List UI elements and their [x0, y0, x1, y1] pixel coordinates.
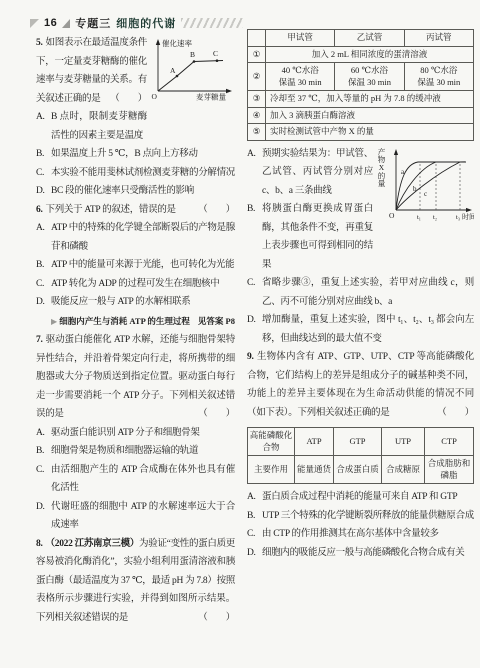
page-title: 细胞的代谢	[116, 15, 176, 31]
table-row: 高能磷酸化合物 ATP GTP UTP CTP	[248, 428, 474, 456]
role-ctp: 合成脂肪和磷脂	[425, 456, 474, 484]
q6-option-a: A.ATP 中的特殊的化学键全部断裂后的产物是腺苷和磷酸	[36, 219, 235, 256]
q7-number: 7.	[36, 335, 46, 345]
answer-reference-note: ▶ 细胞内产生与消耗 ATP 的生理过程见答案 P8	[36, 312, 235, 332]
step-4-text: 加入 3 滴胰蛋白酶溶液	[266, 107, 474, 124]
table-row: 甲试管 乙试管 丙试管	[248, 30, 474, 47]
table-row: ① 加入 2 mL 相同浓度的蛋清溶液	[248, 46, 474, 63]
step-5-no: ⑤	[248, 124, 266, 141]
q5-point-a-label: A	[170, 66, 176, 75]
step-4-no: ④	[248, 107, 266, 124]
q5-x-axis-label: 麦芽糖量	[196, 92, 226, 102]
step-2-no: ②	[248, 63, 266, 91]
q8-x-axis-label: 时间	[462, 212, 474, 221]
step-3-text: 冷却至 37 ℃，加入等量的 pH 为 7.8 的缓冲液	[266, 91, 474, 108]
q6-option-d: D.吸能反应一般与 ATP 的水解相联系	[36, 293, 235, 312]
q7-stem: 7.驱动蛋白能催化 ATP 水解，还能与细胞骨架特异性结合，并沿着骨架定向行走，…	[36, 331, 235, 424]
question-8: 8.（2022 江苏南京三模）为验证“变性的蛋白质更容易被消化酶消化”，实验小组…	[36, 535, 235, 628]
q5-option-b: B.如果温度上升 5 ℃，B 点向上方移动	[36, 145, 235, 164]
compound-header: 高能磷酸化合物	[248, 428, 295, 456]
compound-atp: ATP	[295, 428, 334, 456]
q8-number: 8.	[36, 539, 46, 549]
compound-utp: UTP	[382, 428, 425, 456]
q5-answer-brackets: （ ）	[110, 90, 147, 109]
step-2-jia: 40 ℃水浴保温 30 min	[266, 63, 335, 91]
q9-option-d: D.细胞内的吸能反应一般与高能磷酸化合物合成有关	[247, 544, 474, 563]
q8-y-axis-label: 产物X的量	[377, 148, 386, 204]
q7-option-c: C.由活细胞产生的 ATP 合成酶在体外也具有催化活性	[36, 461, 235, 498]
question-9: 9.生物体内含有 ATP、GTP、UTP、CTP 等高能磷酸化合物，它们结构上的…	[247, 348, 474, 562]
note-arrow-icon: ▶	[51, 317, 57, 326]
table-row: ④ 加入 3 滴胰蛋白酶溶液	[248, 107, 474, 124]
role-utp: 合成糖原	[382, 456, 425, 484]
q7-option-a: A.驱动蛋白能识别 ATP 分子和细胞骨架	[36, 424, 235, 443]
note-answer-ref: 见答案 P8	[198, 316, 235, 326]
table-row: ③ 冷却至 37 ℃，加入等量的 pH 为 7.8 的缓冲液	[248, 91, 474, 108]
step-2-yi: 60 ℃水浴保温 30 min	[335, 63, 404, 91]
q9-compound-table: 高能磷酸化合物 ATP GTP UTP CTP 主要作用 能量通货 合成蛋白质 …	[247, 427, 474, 484]
table-row: ⑤ 实时检测试管中产物 X 的量	[248, 124, 474, 141]
q7-option-b: B.细胞骨架是物质和细胞器运输的轨道	[36, 442, 235, 461]
q8-curve-c-label: c	[424, 190, 427, 198]
question-6: 6.下列关于 ATP 的叙述，错误的是（ ） A.ATP 中的特殊的化学键全部断…	[36, 201, 235, 312]
q8-source-tag: （2022 江苏南京三模）	[46, 539, 140, 549]
q6-answer-brackets: （ ）	[198, 201, 235, 220]
q8-options-block: 产物X的量 a b c	[247, 145, 474, 349]
header-triangle-icon	[30, 19, 39, 28]
col-header-tube-jia: 甲试管	[266, 30, 335, 47]
q7-option-d: D.代谢旺盛的细胞中 ATP 的水解速率远大于合成速率	[36, 498, 235, 535]
page-header: 16 专题三 细胞的代谢	[30, 15, 243, 31]
q8-chart: 产物X的量 a b c	[377, 146, 474, 224]
header-hatch-decoration	[181, 18, 243, 28]
question-5: A B C 催化速率 麦芽糖量 O 5.如图表示在最适温度条件下，一定量麦芽糖酶…	[36, 34, 235, 201]
q6-option-c: C.ATP 转化为 ADP 的过程可发生在细胞核中	[36, 275, 235, 294]
step-3-no: ③	[248, 91, 266, 108]
header-triangle-icon	[62, 19, 70, 28]
q5-chart: A B C 催化速率 麦芽糖量 O	[151, 35, 235, 109]
q5-y-axis-label: 催化速率	[162, 38, 192, 48]
q6-number: 6.	[36, 205, 46, 215]
q6-option-b: B.ATP 中的能量可来源于光能，也可转化为光能	[36, 256, 235, 275]
q8-procedure-table: 甲试管 乙试管 丙试管 ① 加入 2 mL 相同浓度的蛋清溶液 ② 40 ℃水浴…	[247, 29, 474, 141]
step-5-text: 实时检测试管中产物 X 的量	[266, 124, 474, 141]
q5-option-a: A.B 点时，限制麦芽糖酶活性的因素主要是温度	[36, 108, 147, 145]
step-1-no: ①	[248, 46, 266, 63]
table-row: 主要作用 能量通货 合成蛋白质 合成糖原 合成脂肪和磷脂	[248, 456, 474, 484]
role-gtp: 合成蛋白质	[334, 456, 382, 484]
q8-option-d: D.增加酶量，重复上述实验，图中 t₁、t₂、t₃ 都会向左移，但曲线达到的最大…	[247, 311, 474, 348]
question-7: 7.驱动蛋白能催化 ATP 水解，还能与细胞骨架特异性结合，并沿着骨架定向行走，…	[36, 331, 235, 535]
step-1-text: 加入 2 mL 相同浓度的蛋清溶液	[266, 46, 474, 63]
q8-tick-t1: t₁	[417, 214, 421, 221]
page-number: 16	[44, 17, 57, 29]
q8-option-a: A.预期实验结果为：甲试管、乙试管、丙试管分别对应 c、b、a 三条曲线	[247, 145, 373, 201]
q5-origin-label: O	[152, 92, 158, 101]
compound-ctp: CTP	[425, 428, 474, 456]
q8-origin-label: O	[389, 211, 395, 220]
q5-number: 5.	[36, 38, 46, 48]
q9-answer-brackets: （ ）	[437, 404, 474, 423]
q6-stem: 6.下列关于 ATP 的叙述，错误的是（ ）	[36, 201, 235, 220]
section-label: 专题三	[75, 15, 111, 31]
col-header-tube-yi: 乙试管	[335, 30, 404, 47]
workbook-page: 16 专题三 细胞的代谢 A B C	[0, 0, 480, 668]
q5-point-c-label: C	[213, 49, 218, 58]
compound-gtp: GTP	[334, 428, 382, 456]
table-row: ② 40 ℃水浴保温 30 min 60 ℃水浴保温 30 min 80 ℃水浴…	[248, 63, 474, 91]
q8-curve-b-label: b	[413, 185, 417, 193]
role-header: 主要作用	[248, 456, 295, 484]
left-column: A B C 催化速率 麦芽糖量 O 5.如图表示在最适温度条件下，一定量麦芽糖酶…	[36, 34, 235, 627]
step-2-bing: 80 ℃水浴保温 30 min	[404, 63, 473, 91]
q8-tick-t3: t₃	[456, 214, 460, 221]
q9-option-c: C.由 CTP 的作用推测其在高尔基体中含量较多	[247, 525, 474, 544]
q9-option-a: A.蛋白质合成过程中消耗的能量可来自 ATP 和 GTP	[247, 488, 474, 507]
q9-option-b: B.UTP 三个特殊的化学键断裂所释放的能量供糖原合成	[247, 507, 474, 526]
q8-stem: 8.（2022 江苏南京三模）为验证“变性的蛋白质更容易被消化酶消化”，实验小组…	[36, 535, 235, 628]
col-header-tube-bing: 丙试管	[404, 30, 473, 47]
q5-option-d: D.BC 段的催化速率只受酶活性的影响	[36, 182, 235, 201]
role-atp: 能量通货	[295, 456, 334, 484]
q5-option-c: C.本实验不能用斐林试剂检测麦芽糖的分解情况	[36, 164, 235, 183]
q9-stem: 9.生物体内含有 ATP、GTP、UTP、CTP 等高能磷酸化合物，它们结构上的…	[247, 348, 474, 422]
q7-answer-brackets: （ ）	[198, 405, 235, 424]
right-column: 甲试管 乙试管 丙试管 ① 加入 2 mL 相同浓度的蛋清溶液 ② 40 ℃水浴…	[247, 24, 474, 562]
q5-point-b-label: B	[190, 50, 195, 59]
q8-option-b: B.将胰蛋白酶更换成胃蛋白酶，其他条件不变，再重复上表步骤也可得到相同的结果	[247, 200, 373, 274]
q9-number: 9.	[247, 352, 257, 362]
q8-option-c: C.省略步骤③，重复上述实验，若甲对应曲线 c，则乙、丙不可能分别对应曲线 b、…	[247, 274, 474, 311]
q8-answer-brackets: （ ）	[198, 609, 235, 628]
q8-tick-t2: t₂	[433, 214, 437, 221]
